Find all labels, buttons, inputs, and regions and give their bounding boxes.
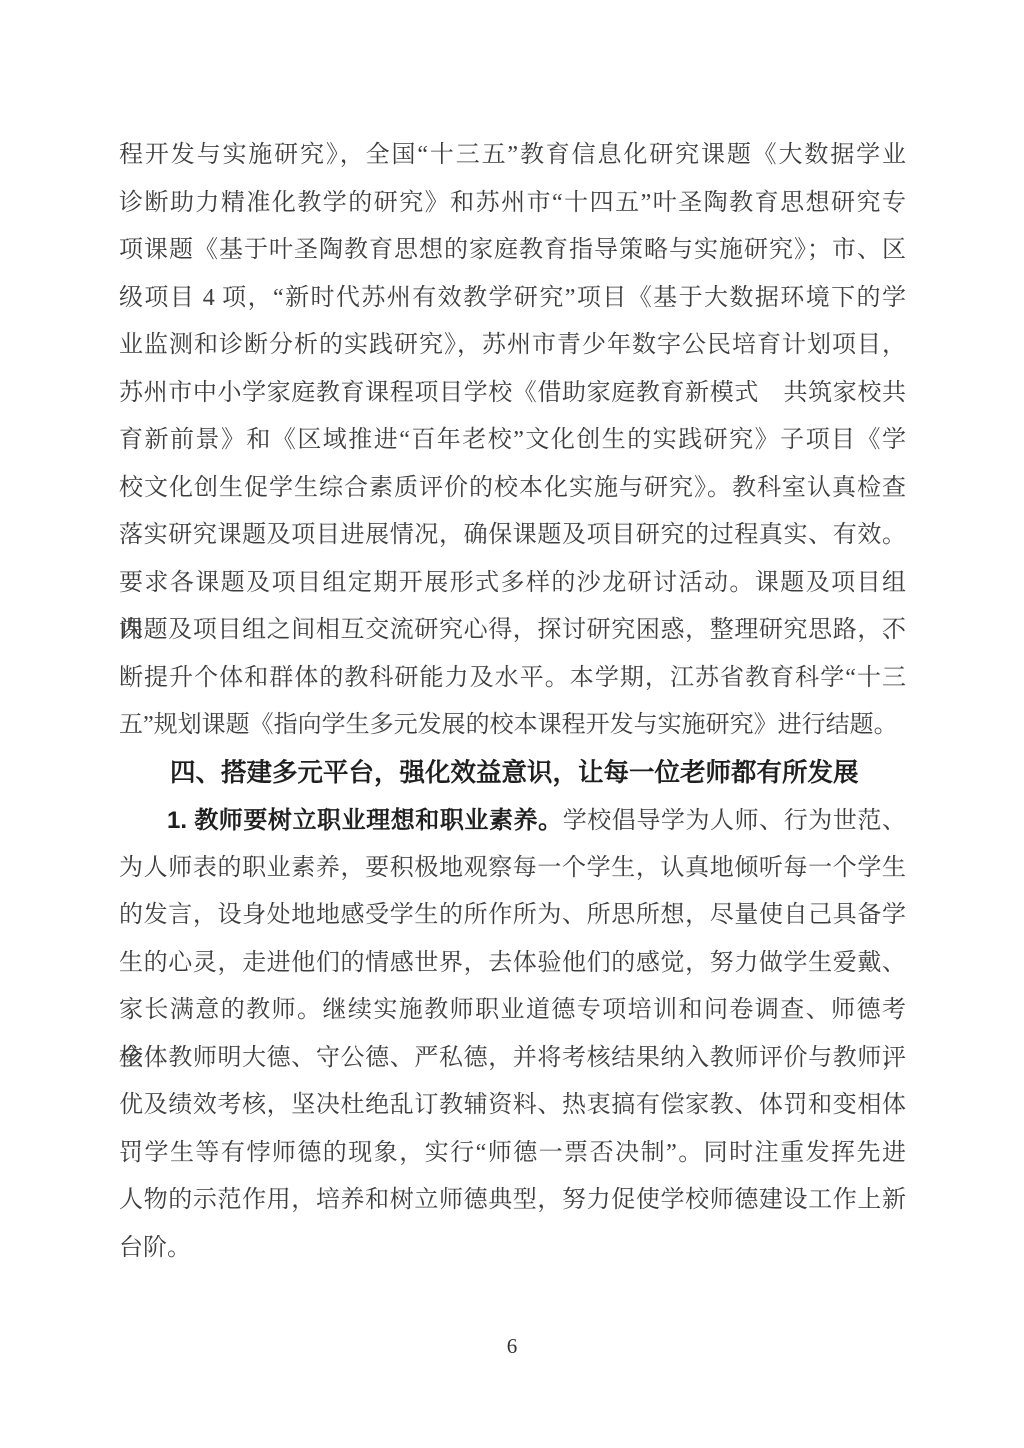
text-segment: 全体教师明大德、守公德、严私德，并将考核结果纳入教师评价与教师评 bbox=[119, 1045, 906, 1071]
text-line: 课题及项目组之间相互交流研究心得，探讨研究困惑，整理研究思路，不 bbox=[119, 607, 906, 655]
text-segment: 落实研究课题及项目进展情况，确保课题及项目研究的过程真实、有效。 bbox=[119, 522, 906, 548]
text-line: 全体教师明大德、守公德、严私德，并将考核结果纳入教师评价与教师评 bbox=[119, 1035, 906, 1083]
text-line: 为人师表的职业素养，要积极地观察每一个学生，认真地倾听每一个学生 bbox=[119, 845, 906, 893]
bold-text-segment: 四、搭建多元平台，强化效益意识，让每一位老师都有所发展 bbox=[170, 759, 859, 787]
text-line: 要求各课题及项目组定期开展形式多样的沙龙研讨活动。课题及项目组内、 bbox=[119, 560, 906, 608]
bold-text-segment: 1. 教师要树立职业理想和职业素养。 bbox=[167, 807, 563, 834]
page-body: 程开发与实施研究》，全国“十三五”教育信息化研究课题《大数据学业诊断助力精准化教… bbox=[119, 132, 906, 1272]
document-page: 程开发与实施研究》，全国“十三五”教育信息化研究课题《大数据学业诊断助力精准化教… bbox=[0, 0, 1024, 1448]
text-segment: 课题及项目组之间相互交流研究心得，探讨研究困惑，整理研究思路，不 bbox=[119, 617, 906, 643]
text-segment: 为人师表的职业素养，要积极地观察每一个学生，认真地倾听每一个学生 bbox=[119, 855, 906, 881]
text-line: 人物的示范作用，培养和树立师德典型，努力促使学校师德建设工作上新 bbox=[119, 1177, 906, 1225]
text-segment: 五”规划课题《指向学生多元发展的校本课程开发与实施研究》进行结题。 bbox=[119, 712, 898, 738]
text-segment: 罚学生等有悖师德的现象，实行“师德一票否决制”。同时注重发挥先进 bbox=[119, 1140, 906, 1166]
text-segment: 人物的示范作用，培养和树立师德典型，努力促使学校师德建设工作上新 bbox=[119, 1187, 906, 1213]
text-line: 诊断助力精准化教学的研究》和苏州市“十四五”叶圣陶教育思想研究专 bbox=[119, 180, 906, 228]
text-line: 级项目 4 项，“新时代苏州有效教学研究”项目《基于大数据环境下的学 bbox=[119, 275, 906, 323]
text-line: 罚学生等有悖师德的现象，实行“师德一票否决制”。同时注重发挥先进 bbox=[119, 1130, 906, 1178]
text-line: 1. 教师要树立职业理想和职业素养。学校倡导学为人师、行为世范、 bbox=[119, 797, 906, 845]
text-line: 项课题《基于叶圣陶教育思想的家庭教育指导策略与实施研究》；市、区 bbox=[119, 227, 906, 275]
text-segment: 学校倡导学为人师、行为世范、 bbox=[563, 808, 906, 834]
text-segment: 级项目 4 项，“新时代苏州有效教学研究”项目《基于大数据环境下的学 bbox=[119, 285, 906, 311]
text-line: 校文化创生促学生综合素质评价的校本化实施与研究》。教科室认真检查 bbox=[119, 465, 906, 513]
text-line: 台阶。 bbox=[119, 1225, 906, 1273]
text-segment: 的发言，设身处地地感受学生的所作所为、所思所想，尽量使自己具备学 bbox=[119, 902, 906, 928]
text-segment: 台阶。 bbox=[119, 1235, 191, 1261]
text-line: 程开发与实施研究》，全国“十三五”教育信息化研究课题《大数据学业 bbox=[119, 132, 906, 180]
text-segment: 校文化创生促学生综合素质评价的校本化实施与研究》。教科室认真检查 bbox=[119, 475, 906, 501]
text-line: 业监测和诊断分析的实践研究》，苏州市青少年数字公民培育计划项目， bbox=[119, 322, 906, 370]
text-segment: 诊断助力精准化教学的研究》和苏州市“十四五”叶圣陶教育思想研究专 bbox=[119, 190, 906, 216]
text-line: 的发言，设身处地地感受学生的所作所为、所思所想，尽量使自己具备学 bbox=[119, 892, 906, 940]
page-number: 6 bbox=[0, 1332, 1024, 1360]
text-segment: 生的心灵，走进他们的情感世界，去体验他们的感觉，努力做学生爱戴、 bbox=[119, 950, 906, 976]
text-line: 断提升个体和群体的教科研能力及水平。本学期，江苏省教育科学“十三 bbox=[119, 655, 906, 703]
text-line: 家长满意的教师。继续实施教师职业道德专项培训和问卷调查、师德考核， bbox=[119, 987, 906, 1035]
text-line: 生的心灵，走进他们的情感世界，去体验他们的感觉，努力做学生爱戴、 bbox=[119, 940, 906, 988]
text-segment: 苏州市中小学家庭教育课程项目学校《借助家庭教育新模式 共筑家校共 bbox=[119, 380, 906, 406]
text-segment: 优及绩效考核，坚决杜绝乱订教辅资料、热衷搞有偿家教、体罚和变相体 bbox=[119, 1092, 906, 1118]
text-line: 苏州市中小学家庭教育课程项目学校《借助家庭教育新模式 共筑家校共 bbox=[119, 370, 906, 418]
text-line: 育新前景》和《区域推进“百年老校”文化创生的实践研究》子项目《学 bbox=[119, 417, 906, 465]
text-line: 五”规划课题《指向学生多元发展的校本课程开发与实施研究》进行结题。 bbox=[119, 702, 906, 750]
text-line: 落实研究课题及项目进展情况，确保课题及项目研究的过程真实、有效。 bbox=[119, 512, 906, 560]
text-line: 优及绩效考核，坚决杜绝乱订教辅资料、热衷搞有偿家教、体罚和变相体 bbox=[119, 1082, 906, 1130]
text-segment: 断提升个体和群体的教科研能力及水平。本学期，江苏省教育科学“十三 bbox=[119, 665, 906, 691]
section-heading: 四、搭建多元平台，强化效益意识，让每一位老师都有所发展 bbox=[119, 750, 906, 798]
text-segment: 育新前景》和《区域推进“百年老校”文化创生的实践研究》子项目《学 bbox=[119, 427, 906, 453]
text-segment: 程开发与实施研究》，全国“十三五”教育信息化研究课题《大数据学业 bbox=[119, 142, 906, 168]
text-segment: 项课题《基于叶圣陶教育思想的家庭教育指导策略与实施研究》；市、区 bbox=[119, 237, 906, 263]
text-segment: 业监测和诊断分析的实践研究》，苏州市青少年数字公民培育计划项目， bbox=[119, 332, 906, 358]
